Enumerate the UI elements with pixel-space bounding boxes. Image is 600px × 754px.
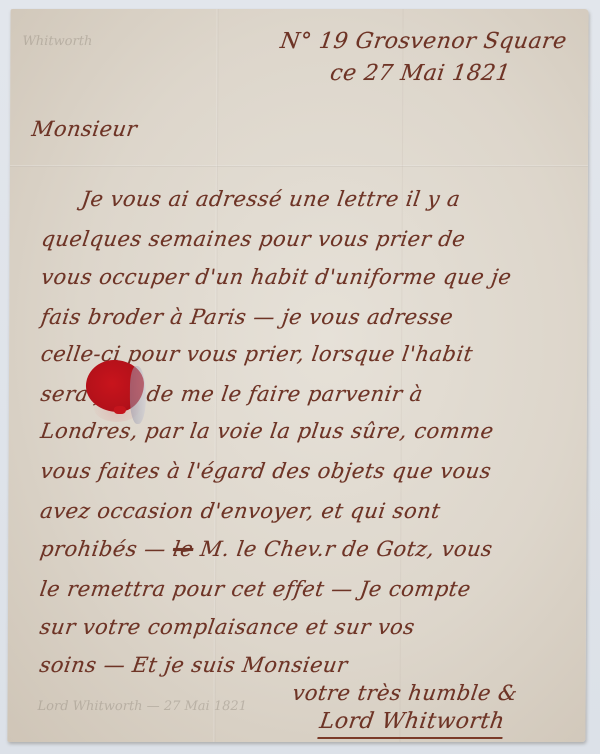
letter-signature: Lord Whitworth bbox=[317, 709, 506, 739]
photo-background: Whitworth Lord Whitworth — 27 Mai 1821 N… bbox=[0, 0, 600, 754]
struck-word: le bbox=[171, 537, 195, 561]
pencil-annotation-top: Whitworth bbox=[22, 34, 92, 49]
body-line-9: avez occasion d'envoyer, et qui sont bbox=[39, 499, 442, 523]
body-line-8: vous faites à l'égard des objets que vou… bbox=[39, 459, 493, 483]
pencil-annotation-bottom: Lord Whitworth — 27 Mai 1821 bbox=[38, 699, 247, 714]
horizontal-fold-line bbox=[10, 165, 588, 167]
letter-closing: votre très humble & bbox=[291, 681, 519, 705]
body-line-10-rest: M. le Chev.r de Gotz, vous bbox=[199, 537, 495, 561]
body-line-13: soins — Et je suis Monsieur bbox=[38, 653, 349, 677]
letter-salutation: Monsieur bbox=[30, 117, 139, 141]
body-line-3: vous occuper d'un habit d'uniforme que j… bbox=[40, 265, 513, 289]
body-line-7: Londres, par la voie la plus sûre, comme bbox=[39, 419, 495, 443]
body-line-1: Je vous ai adressé une lettre il y a bbox=[80, 187, 462, 211]
body-line-10-start: prohibés — bbox=[39, 537, 168, 561]
letter-paper: Whitworth Lord Whitworth — 27 Mai 1821 N… bbox=[7, 9, 588, 742]
body-line-4: fais broder à Paris — je vous adresse bbox=[40, 305, 455, 329]
body-line-2: quelques semaines pour vous prier de bbox=[40, 227, 467, 251]
letter-date: ce 27 Mai 1821 bbox=[329, 61, 513, 86]
body-line-11: le remettra pour cet effet — Je compte bbox=[38, 577, 472, 601]
seal-drop bbox=[114, 406, 126, 414]
wax-seal bbox=[84, 354, 156, 419]
seal-tear bbox=[130, 366, 146, 424]
body-line-10: prohibés — le M. le Chev.r de Gotz, vous bbox=[39, 537, 495, 561]
letter-address: N° 19 Grosvenor Square bbox=[279, 29, 569, 54]
body-line-12: sur votre complaisance et sur vos bbox=[38, 615, 416, 639]
